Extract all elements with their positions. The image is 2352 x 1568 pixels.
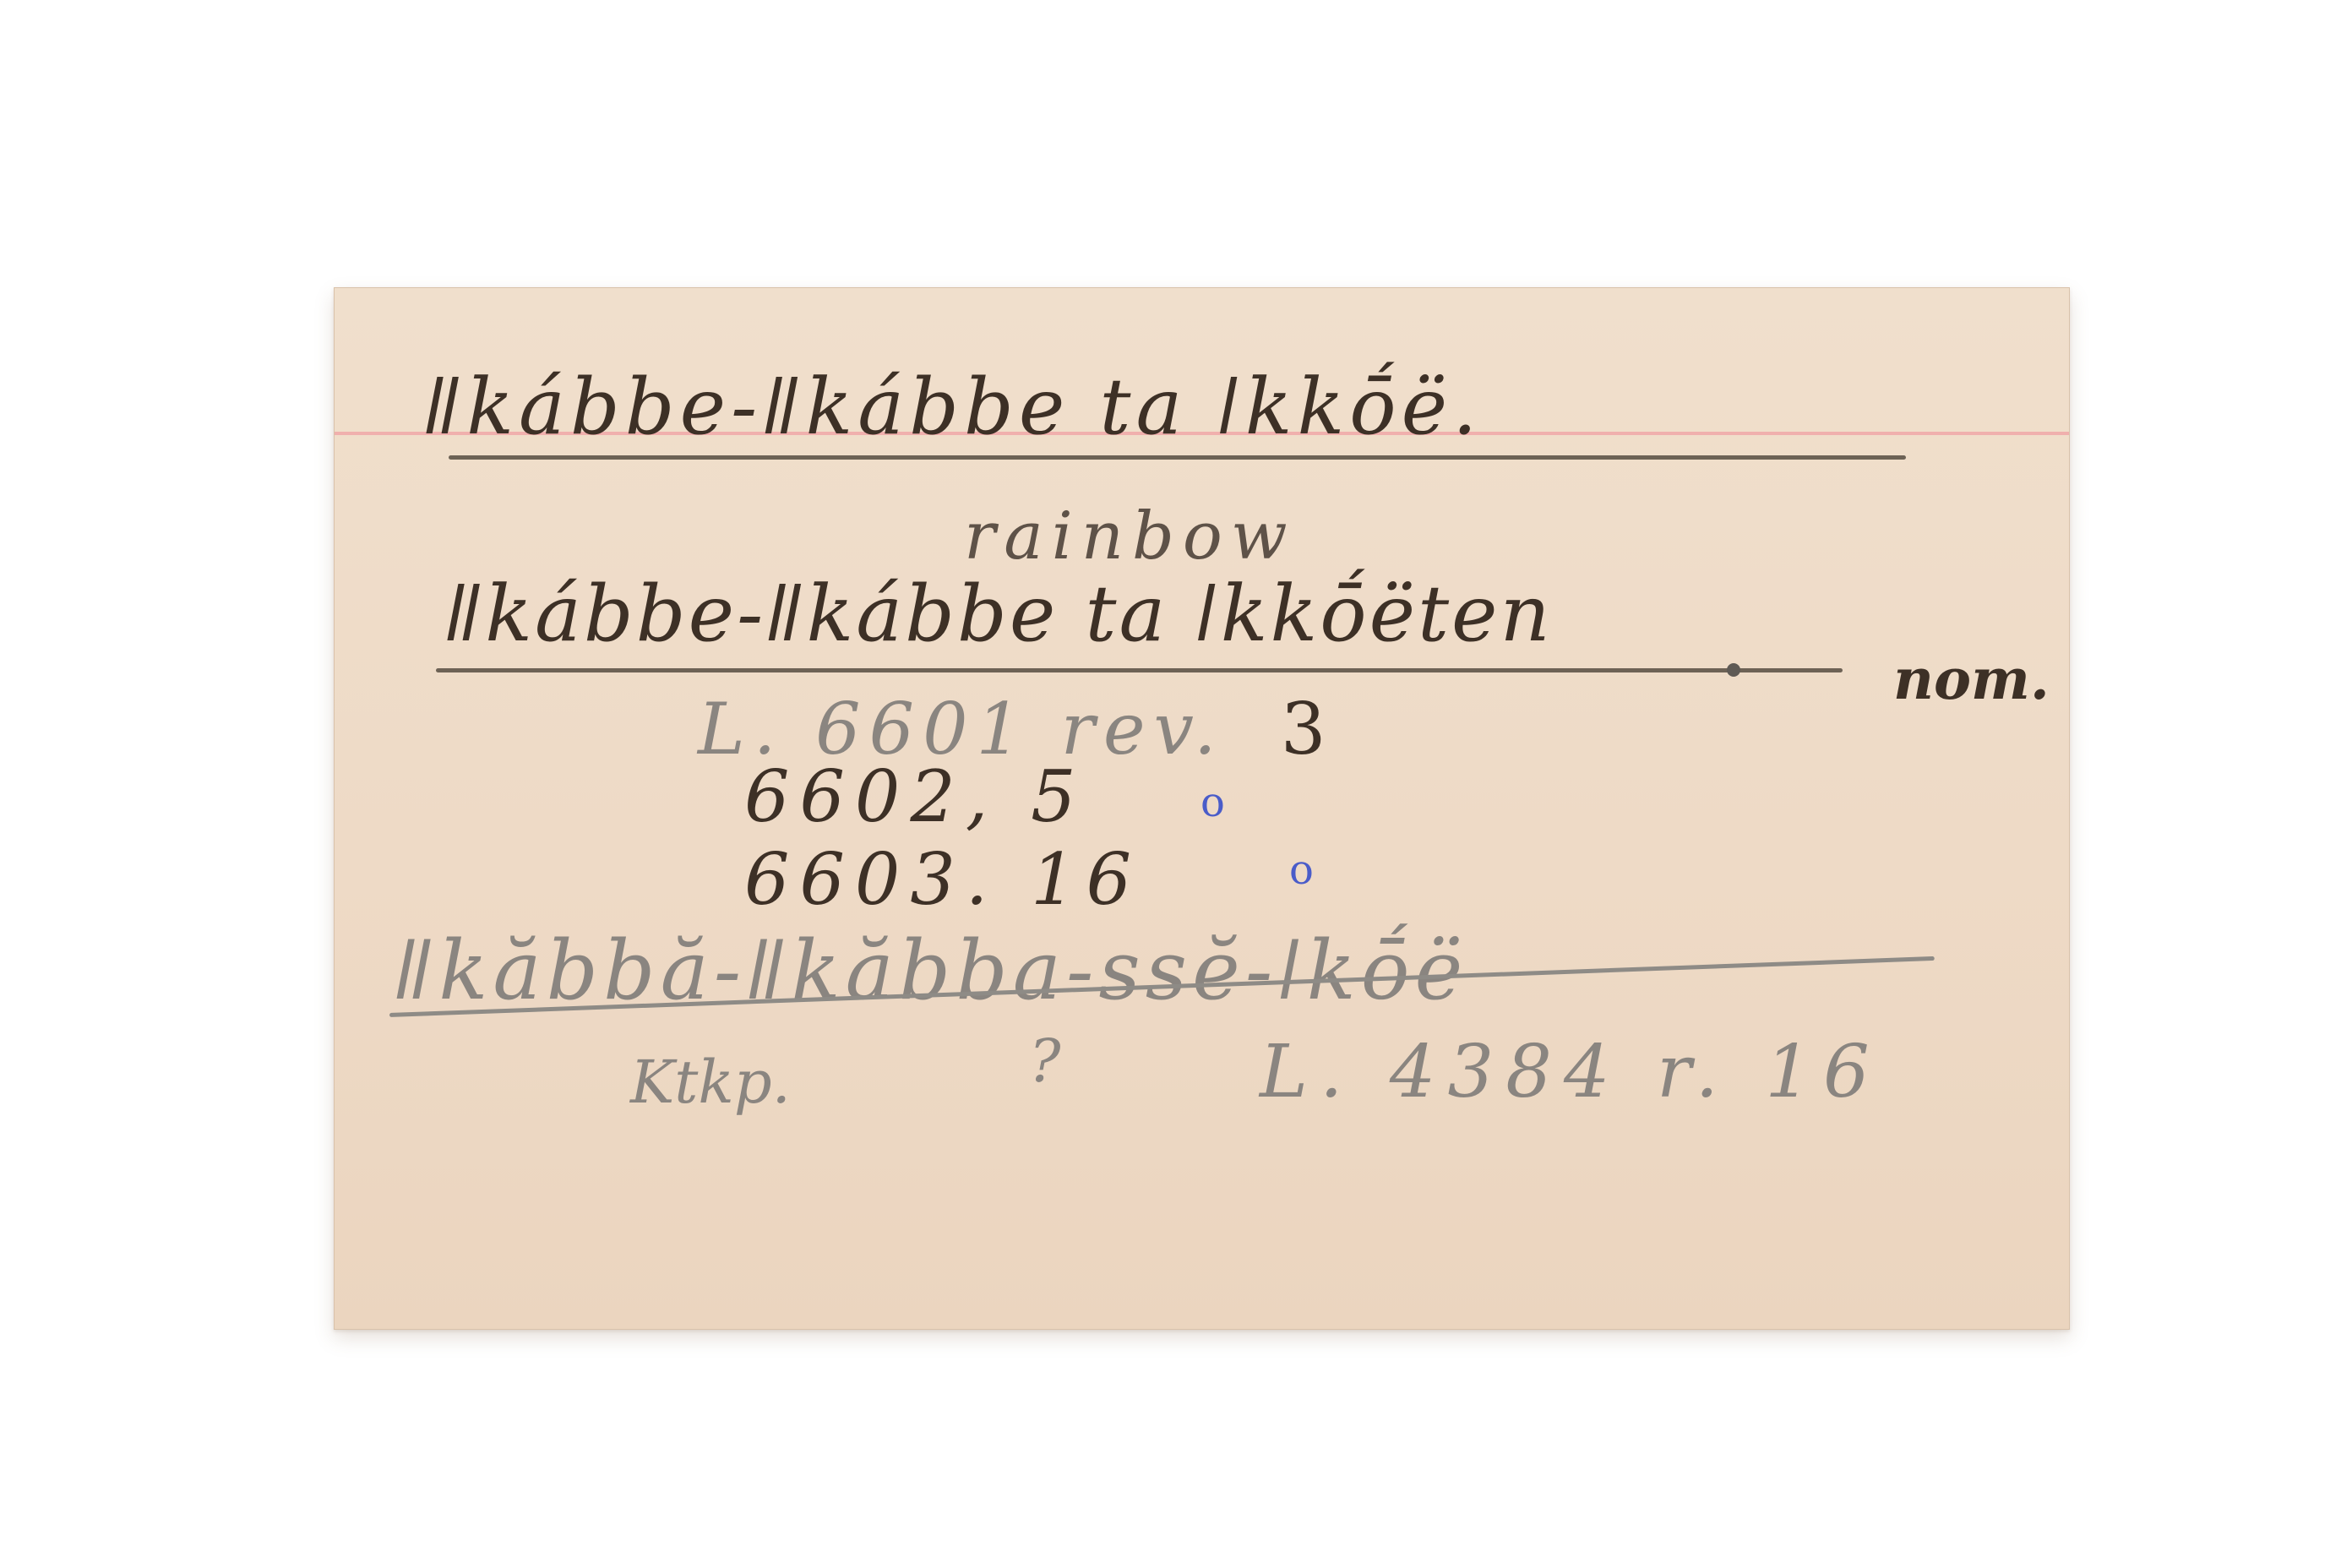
variant-underline bbox=[436, 668, 1843, 672]
reference-2-blue-mark: o bbox=[1200, 782, 1225, 823]
headword-underline bbox=[449, 455, 1906, 460]
reference-3: 6603. 16 bbox=[744, 844, 1141, 915]
second-reference: L. 4384 r. 16 bbox=[1260, 1036, 1881, 1108]
index-card: ǁkábbe-ǁkábbe ta ǀkkṓë. rainbow ǁkábbe-ǁ… bbox=[334, 287, 2070, 1330]
second-source: Ktkp. bbox=[630, 1053, 791, 1112]
underline-dot bbox=[1727, 663, 1740, 677]
second-form: ǁkăbbă-ǁkăbba-ssĕ-ǀkṓë bbox=[394, 930, 1467, 1011]
gloss: rainbow bbox=[964, 504, 1296, 569]
query-mark: ? bbox=[1029, 1032, 1061, 1091]
headword: ǁkábbe-ǁkábbe ta ǀkkṓë. bbox=[423, 368, 1482, 446]
reference-3-blue-mark: o bbox=[1289, 850, 1314, 890]
part-of-speech: nom. bbox=[1893, 651, 2050, 707]
reference-2: 6602, 5 bbox=[744, 761, 1086, 832]
reference-1-number: 3 bbox=[1281, 694, 1326, 765]
variant-form: ǁkábbe-ǁkábbe ta ǀkkṓëten bbox=[444, 575, 1553, 653]
reference-1: L. 6601 rev. bbox=[698, 694, 1225, 765]
